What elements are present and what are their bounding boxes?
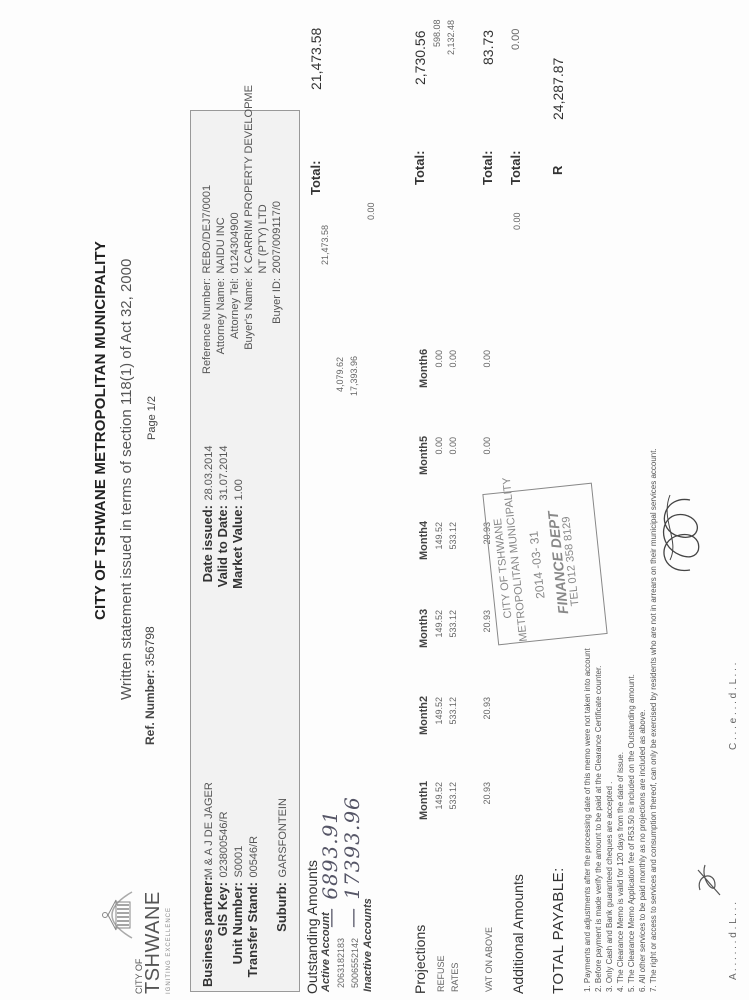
page-title: CITY OF TSHWANE METROPOLITAN MUNICIPALIT… [92,241,109,620]
vat-cell: 20.93 [482,782,492,822]
projection-cell: 149.52 [434,782,444,822]
note-item: 5. The Clearance Memo Application fee of… [626,448,637,992]
total-payable-value: 24,287.87 [550,58,566,120]
info-buyer-id: Buyer ID: 2007/009117/0 [267,201,285,396]
vat-total-label: Total: [480,151,495,185]
info-market-value: Market Value: 1.00 [229,479,247,601]
month-header: Month6 [418,349,430,388]
vat-cell: 20.93 [482,610,492,650]
signature-scribble [650,490,710,580]
projections-heading: Projections [412,925,428,994]
projection-cell: 149.52 [434,610,444,650]
month-header: Month2 [418,696,430,735]
initials-signature [690,860,730,900]
projection-cell: 149.52 [434,522,444,562]
vat-cell: 0.00 [482,437,492,477]
notes-list: 1. Payments and adjustments after the pr… [582,448,659,992]
total-payable-label: TOTAL PAYABLE: [550,867,567,994]
info-transfer-stand: Transfer Stand: 00546/R [244,836,262,987]
projection-cell: 533.12 [448,697,458,737]
city-hall-icon [98,890,134,940]
page-subtitle: Written statement issued in terms of sec… [118,259,135,700]
clearance-statement-document: CITY OF TSHWANE IGNITING EXCELLENCE CITY… [0,0,749,1000]
logo-name: TSHWANE [142,891,165,994]
active-subtotal: 21,473.58 [320,225,330,265]
note-item: 3. Only Cash and Bank guaranteed cheques… [604,448,615,992]
account-number-1: 2063182183 [336,938,346,988]
projection-cell: 0.00 [448,437,458,477]
ref-label: Ref. Number: [143,670,157,745]
outstanding-total-value: 21,473.58 [308,28,324,90]
additional-total-value: 0.00 [510,29,522,50]
page-indicator: Page 1/2 [146,396,158,440]
vat-total-value: 83.73 [480,30,496,65]
month-header: Month5 [418,436,430,475]
logo-tagline: IGNITING EXCELLENCE [166,907,172,994]
projection-cell: 533.12 [448,782,458,822]
month-header: Month1 [418,781,430,820]
projection-cell: 533.12 [448,610,458,650]
handwritten-note-1: — 6893.91 [318,810,342,928]
month-header: Month3 [418,609,430,648]
property-info-box: Business partner: M & A J DE JAGER GIS K… [190,110,300,992]
projection-cell: 0.00 [434,350,444,390]
additional-value: 0.00 [512,212,522,230]
additional-heading: Additional Amounts [510,874,526,994]
info-suburb: Suburb: GARSFONTEIN [273,798,291,987]
inactive-subtotal: 0.00 [366,202,376,220]
projections-total-label: Total: [412,151,427,185]
vat-label: VAT ON ABOVE [484,927,494,992]
projection-cell: 533.12 [448,522,458,562]
signature-line-1: A . . . . . . d . L . . . [728,902,739,980]
projection-row-label: RATES [450,963,460,992]
total-payable-currency: R [550,166,565,175]
vat-cell: 20.93 [482,697,492,737]
month-header: Month4 [418,521,430,560]
projections-total-value: 2,730.56 [412,31,428,86]
reference-number: Ref. Number: 356798 [143,626,157,745]
note-item: 1. Payments and adjustments after the pr… [582,448,593,992]
projection-row-label: REFUSE [436,955,446,992]
projection-cell: 0.00 [434,437,444,477]
signature-line-2: C . . . e . . . d . L . . . [728,663,739,750]
rates-row-total: 2,132.48 [446,20,456,55]
account-amount-1: 4,079.62 [335,357,345,392]
tshwane-logo: CITY OF TSHWANE IGNITING EXCELLENCE [98,844,178,994]
note-item: 6. All other services to be paid monthly… [637,448,648,992]
note-item: 4. The Clearance Memo is valid for 120 d… [615,448,626,992]
ref-value: 356798 [143,626,157,666]
account-amount-2: 17,393.96 [349,356,359,396]
inactive-accounts-label: Inactive Accounts [362,898,374,992]
vat-cell: 0.00 [482,350,492,390]
additional-total-label: Total: [508,151,523,185]
outstanding-total-label: Total: [308,161,323,195]
refuse-row-total: 598.08 [432,19,442,47]
handwritten-note-2: — 17393.96 [340,796,364,928]
account-number-2: 5006552142 [350,938,360,988]
projection-cell: 149.52 [434,697,444,737]
projection-cell: 0.00 [448,350,458,390]
note-item: 2. Before payment is made verify the amo… [593,448,604,992]
